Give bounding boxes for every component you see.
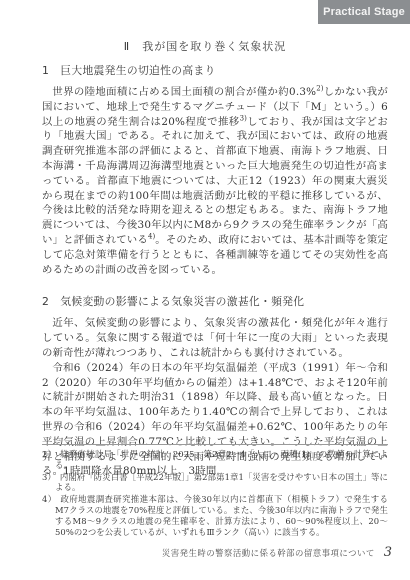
- practical-stage-badge-label: Practical Stage: [323, 6, 405, 18]
- footnote-4-marker: 4）: [42, 494, 57, 504]
- footnote-3-marker: 3）: [42, 472, 56, 482]
- section-1-heading: 1 巨大地震発生の切迫性の高まり: [42, 64, 388, 78]
- paragraph-1: 世界の陸地面積に占める国土面積の割合が僅か約0.3%2)しかない我が国において、…: [42, 85, 388, 277]
- footnotes-section: 2）総務省統計局「世界の統計 2025」第2章2－4「人口・面積(1)」の数値の…: [42, 444, 388, 538]
- footnote-2-text: 総務省統計局「世界の統計 2025」第2章2－4「人口・面積(1)」の数値の計算…: [55, 449, 388, 470]
- page-title: Ⅱ 我が国を取り巻く気象状況: [0, 38, 410, 54]
- footnote-3: 3）内閣府「防災白書［平成22年版］」第2部第1章1「災害を受けやすい日本の国土…: [42, 472, 388, 494]
- main-content: 1 巨大地震発生の切迫性の高まり 世界の陸地面積に占める国土面積の割合が僅か約0…: [42, 64, 388, 479]
- running-title: 災害発生時の警察活動に係る幹部の留意事項について: [162, 547, 375, 559]
- section-2-heading: 2 気候変動の影響による気象災害の激甚化・頻発化: [42, 295, 388, 309]
- document-page: Practical Stage Ⅱ 我が国を取り巻く気象状況 1 巨大地震発生の…: [0, 0, 410, 580]
- footnote-2-marker: 2）: [42, 449, 56, 459]
- paragraph-1-text: しており、我が国は文字どおり「地震大国」である。それに加えて、我が国においては、…: [42, 116, 388, 246]
- paragraph-1-text: 世界の陸地面積に占める国土面積の割合が僅か約0.3%: [52, 86, 316, 98]
- footnote-4: 4）政府地震調査研究推進本部は、今後30年以内に首都直下（相模トラフ）で発生する…: [42, 494, 388, 537]
- page-number: 3: [384, 545, 392, 560]
- footnote-2: 2）総務省統計局「世界の統計 2025」第2章2－4「人口・面積(1)」の数値の…: [42, 449, 388, 471]
- page-footer: 災害発生時の警察活動に係る幹部の留意事項について 3: [162, 545, 392, 560]
- practical-stage-badge: Practical Stage: [318, 0, 410, 24]
- footnote-3-text: 内閣府「防災白書［平成22年版］」第2部第1章1「災害を受けやすい日本の国土」等…: [55, 472, 388, 493]
- paragraph-2: 近年、気候変動の影響により、気象災害の激甚化・頻発化が年々進行している。気象に関…: [42, 316, 388, 360]
- footnote-4-text: 政府地震調査研究推進本部は、今後30年以内に首都直下（相模トラフ）で発生するM7…: [55, 494, 388, 536]
- footnote-ref-3: 3): [240, 114, 247, 122]
